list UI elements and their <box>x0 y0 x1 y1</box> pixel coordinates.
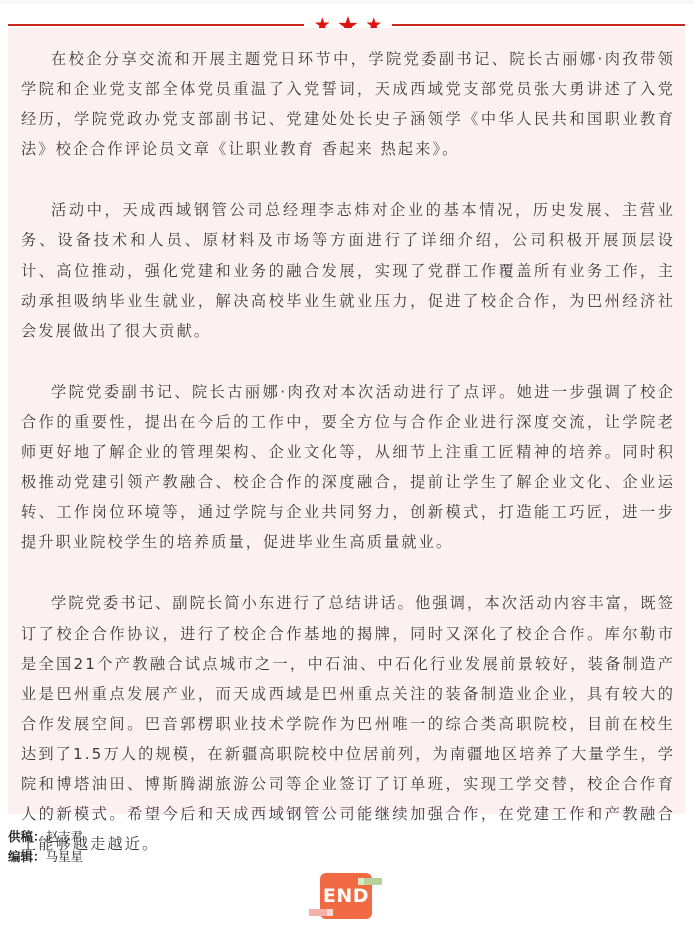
editor-name: 马星星 <box>46 849 84 864</box>
top-strip <box>0 0 693 4</box>
end-decoration-green-light <box>358 878 364 885</box>
header-divider-right <box>392 24 685 26</box>
header-divider-left <box>8 24 304 26</box>
editor-label: 编辑： <box>8 849 46 864</box>
article-paragraph: 学院党委副书记、院长古丽娜·肉孜对本次活动进行了点评。她进一步强调了校企合作的重… <box>21 377 675 558</box>
credits: 供稿：赵志君 编辑：马星星 <box>8 827 83 867</box>
article-paragraph: 在校企分享交流和开展主题党日环节中，学院党委副书记、院长古丽娜·肉孜带领学院和企… <box>21 44 675 164</box>
end-decoration-pink-light <box>327 909 333 916</box>
article-paragraph: 活动中，天成西域钢管公司总经理李志炜对企业的基本情况，历史发展、主营业务、设备技… <box>21 195 675 345</box>
contributor-line: 供稿：赵志君 <box>8 827 83 847</box>
article-body: 在校企分享交流和开展主题党日环节中，学院党委副书记、院长古丽娜·肉孜带领学院和企… <box>21 44 675 890</box>
editor-line: 编辑：马星星 <box>8 847 83 867</box>
contributor-label: 供稿： <box>8 829 46 844</box>
article-paragraph: 学院党委书记、副院长简小东进行了总结讲话。他强调，本次活动内容丰富，既签订了校企… <box>21 588 675 859</box>
contributor-name: 赵志君 <box>46 829 84 844</box>
